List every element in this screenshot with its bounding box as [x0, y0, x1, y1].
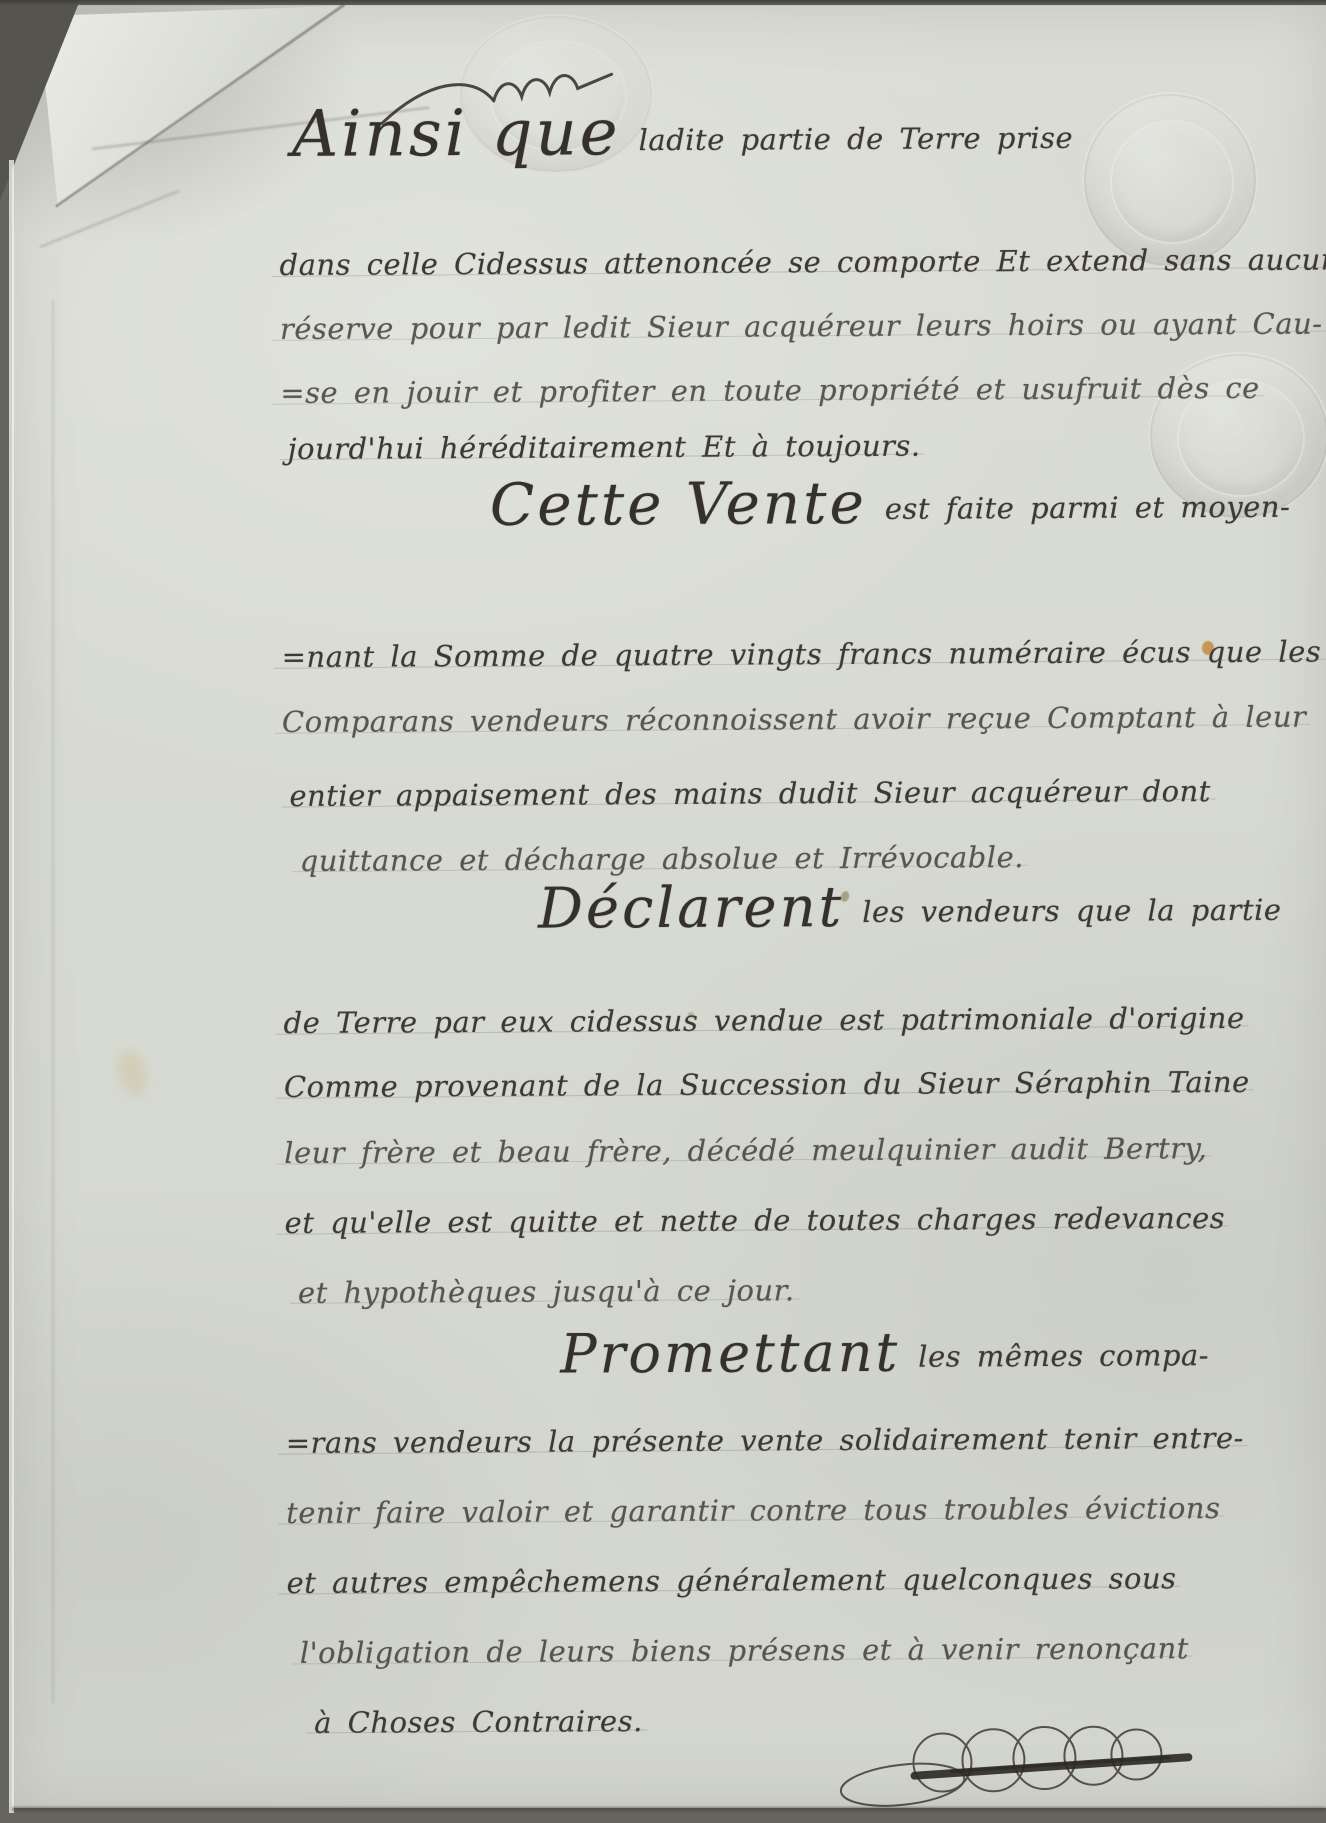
- handwritten-line: Comparans vendeurs réconnoissent avoir r…: [282, 702, 1306, 739]
- signature-flourish-icon: [830, 1719, 1192, 1813]
- section-heading: Déclarent: [538, 875, 845, 942]
- handwritten-line: entier appaisement des mains dudit Sieur…: [289, 776, 1211, 813]
- handwritten-line: leur frère et beau frère, décédé meulqui…: [284, 1133, 1207, 1170]
- section-heading-line: Ainsi que ladite partie de Terre prise: [292, 94, 1074, 172]
- section-heading: Promettant: [560, 1321, 900, 1386]
- handwritten-line: à Choses Contraires.: [314, 1706, 643, 1740]
- heading-tail-text: ladite partie de Terre prise: [638, 121, 1073, 157]
- scanner-top-edge: [0, 0, 1326, 6]
- handwritten-line: dans celle Cidessus attenoncée se compor…: [280, 244, 1326, 282]
- handwritten-text-layer: Ainsi que ladite partie de Terre prise d…: [0, 0, 1326, 1823]
- handwritten-line: jourd'hui héréditairement Et à toujours.: [287, 431, 920, 466]
- handwritten-line: et autres empêchemens généralement quelc…: [286, 1563, 1176, 1600]
- handwritten-line: l'obligation de leurs biens présens et à…: [300, 1633, 1189, 1670]
- handwritten-line: tenir faire valoir et garantir contre to…: [286, 1493, 1220, 1530]
- handwritten-line: quittance et décharge absolue et Irrévoc…: [300, 842, 1024, 878]
- handwritten-line: de Terre par eux cidessus vendue est pat…: [284, 1003, 1245, 1040]
- section-heading-line: Déclarent les vendeurs que la partie: [538, 873, 1282, 942]
- section-heading-line: Promettant les mêmes compa-: [560, 1319, 1209, 1385]
- handwritten-line: réserve pour par ledit Sieur acquéreur l…: [280, 309, 1323, 346]
- scanned-manuscript-page: Ainsi que ladite partie de Terre prise d…: [0, 0, 1326, 1823]
- handwritten-line: =nant la Somme de quatre vingts francs n…: [282, 637, 1322, 674]
- paper-bottom-edge: [12, 1807, 1326, 1811]
- section-heading-line: Cette Vente est faite parmi et moyen-: [490, 467, 1291, 539]
- handwritten-line: et qu'elle est quitte et nette de toutes…: [285, 1203, 1226, 1240]
- heading-tail-text: les vendeurs que la partie: [862, 893, 1282, 929]
- heading-tail-text: est faite parmi et moyen-: [885, 490, 1291, 526]
- paper-edge-highlight: [9, 160, 14, 1813]
- handwritten-line: =rans vendeurs la présente vente solidai…: [286, 1423, 1244, 1460]
- section-heading: Cette Vente: [490, 469, 867, 539]
- handwritten-line: Comme provenant de la Succession du Sieu…: [284, 1067, 1250, 1104]
- pen-flourish-icon: [376, 70, 626, 141]
- handwritten-line: et hypothèques jusqu'à ce jour.: [298, 1275, 795, 1309]
- handwritten-line: =se en jouir et profiter en toute propri…: [280, 373, 1260, 410]
- heading-tail-text: les mêmes compa-: [918, 1338, 1209, 1374]
